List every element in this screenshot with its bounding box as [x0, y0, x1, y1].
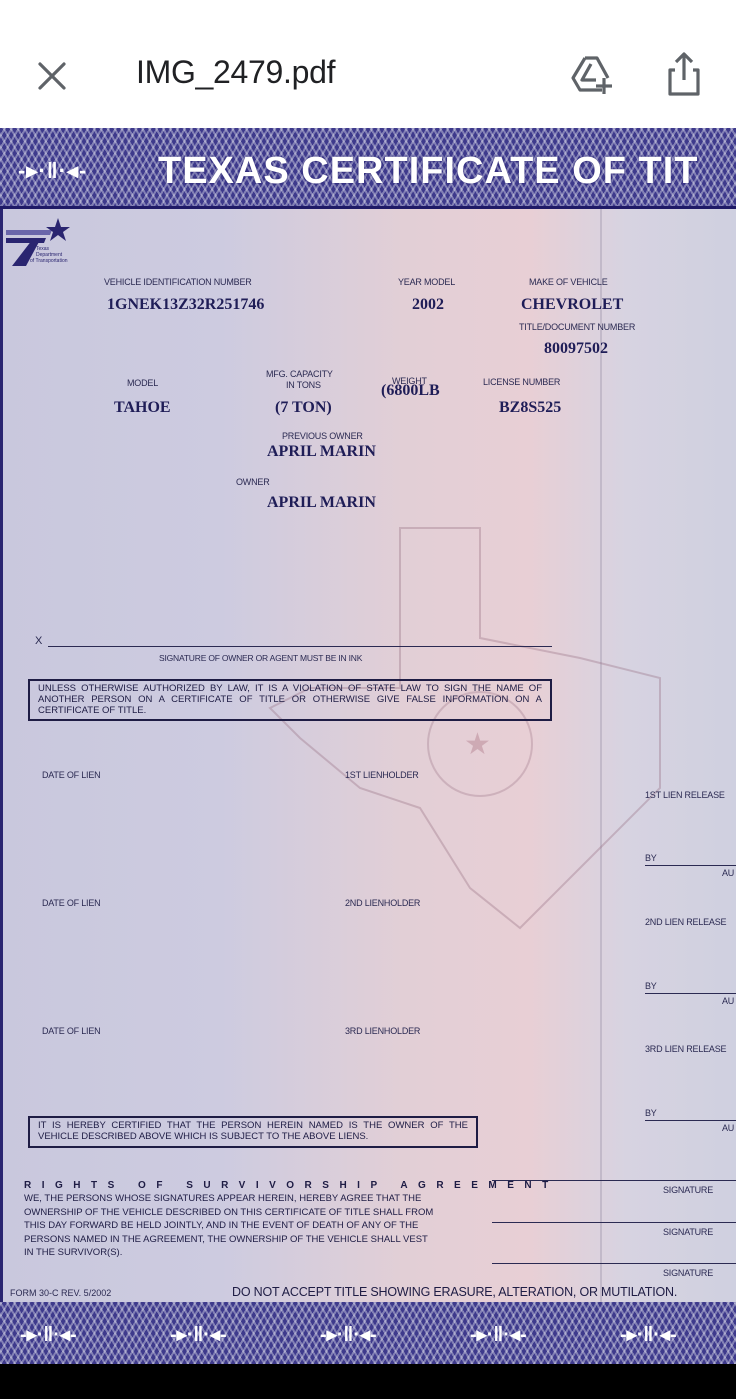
make-value: CHEVROLET — [521, 296, 623, 314]
certificate-title: TEXAS CERTIFICATE OF TIT — [158, 150, 699, 193]
texas-map-watermark-icon: ★ — [250, 508, 670, 948]
mfg-capacity-value: (7 TON) — [275, 399, 332, 417]
svg-text:★: ★ — [464, 727, 491, 762]
lien-3-release-label: 3RD LIEN RELEASE — [645, 1044, 726, 1054]
year-model-value: 2002 — [412, 296, 444, 314]
survivorship-title: RIGHTS OF SURVIVORSHIP AGREEMENT — [24, 1180, 559, 1191]
lien-1-by-label: BY — [645, 853, 657, 863]
survivorship-signature-label-2: SIGNATURE — [663, 1227, 713, 1237]
band-ornament: -▸·ǁ·◂- — [620, 1322, 677, 1347]
close-button[interactable] — [32, 56, 72, 96]
file-name: IMG_2479.pdf — [136, 54, 335, 91]
lien-2-holder-label: 2ND LIENHOLDER — [345, 898, 420, 908]
previous-owner-label: PREVIOUS OWNER — [282, 431, 363, 441]
band-ornament: -▸·ǁ·◂- — [18, 158, 87, 184]
survivorship-signature-label-3: SIGNATURE — [663, 1268, 713, 1278]
mfg-capacity-label-2: IN TONS — [286, 380, 321, 390]
year-model-label: YEAR MODEL — [398, 277, 455, 287]
svg-text:of Transportation: of Transportation — [30, 258, 68, 264]
band-ornament: -▸·ǁ·◂- — [470, 1322, 527, 1347]
share-icon — [660, 50, 708, 100]
survivorship-signature-line-1[interactable] — [492, 1180, 736, 1181]
title-number-label: TITLE/DOCUMENT NUMBER — [519, 322, 635, 332]
title-number-value: 80097502 — [544, 340, 608, 358]
lien-1-holder-label: 1ST LIENHOLDER — [345, 770, 419, 780]
lien-2-by-label: BY — [645, 981, 657, 991]
band-ornament: -▸·ǁ·◂- — [170, 1322, 227, 1347]
survivorship-body: WE, THE PERSONS WHOSE SIGNATURES APPEAR … — [24, 1192, 434, 1260]
left-border — [0, 209, 3, 1302]
survivorship-signature-line-3[interactable] — [492, 1263, 736, 1264]
share-button[interactable] — [660, 50, 708, 100]
license-value: BZ8S525 — [499, 399, 561, 417]
lien-3-release-signature-line[interactable] — [645, 1120, 736, 1121]
weight-value: (6800LB — [381, 382, 440, 400]
add-to-drive-button[interactable] — [568, 52, 616, 100]
footer-band: -▸·ǁ·◂- -▸·ǁ·◂- -▸·ǁ·◂- -▸·ǁ·◂- -▸·ǁ·◂- — [0, 1302, 736, 1364]
header-band: -▸·ǁ·◂- TEXAS CERTIFICATE OF TIT — [0, 128, 736, 208]
lien-3-holder-label: 3RD LIENHOLDER — [345, 1026, 420, 1036]
band-ornament: -▸·ǁ·◂- — [20, 1322, 77, 1347]
signature-caption: SIGNATURE OF OWNER OR AGENT MUST BE IN I… — [159, 653, 362, 663]
vin-label: VEHICLE IDENTIFICATION NUMBER — [104, 277, 252, 287]
owner-value: APRIL MARIN — [267, 494, 376, 512]
lien-1-release-signature-line[interactable] — [645, 865, 736, 866]
bottom-bar — [0, 1364, 736, 1399]
certification-box: IT IS HEREBY CERTIFIED THAT THE PERSON H… — [28, 1116, 478, 1148]
band-ornament: -▸·ǁ·◂- — [320, 1322, 377, 1347]
close-icon — [32, 56, 72, 96]
lien-1-release-label: 1ST LIEN RELEASE — [645, 790, 725, 800]
lien-2-release-label: 2ND LIEN RELEASE — [645, 917, 726, 927]
make-label: MAKE OF VEHICLE — [529, 277, 608, 287]
previous-owner-value: APRIL MARIN — [267, 443, 376, 461]
add-to-drive-icon — [568, 52, 616, 100]
lien-3-by-label: BY — [645, 1108, 657, 1118]
lien-2-release-signature-line[interactable] — [645, 993, 736, 994]
lien-2-date-label: DATE OF LIEN — [42, 898, 100, 908]
signature-x-mark: X — [35, 635, 42, 647]
form-number: FORM 30-C REV. 5/2002 — [10, 1288, 111, 1298]
vin-value: 1GNEK13Z32R251746 — [107, 296, 264, 314]
model-value: TAHOE — [114, 399, 171, 417]
lien-2-auth-label: AU — [722, 996, 734, 1006]
footer-warning: DO NOT ACCEPT TITLE SHOWING ERASURE, ALT… — [232, 1285, 677, 1299]
owner-label: OWNER — [236, 477, 270, 487]
survivorship-signature-label-1: SIGNATURE — [663, 1185, 713, 1195]
license-label: LICENSE NUMBER — [483, 377, 560, 387]
lien-1-date-label: DATE OF LIEN — [42, 770, 100, 780]
mfg-capacity-label: MFG. CAPACITY — [266, 369, 333, 379]
lien-1-auth-label: AU — [722, 868, 734, 878]
lien-3-date-label: DATE OF LIEN — [42, 1026, 100, 1036]
app-bar: IMG_2479.pdf — [0, 0, 736, 128]
lien-3-auth-label: AU — [722, 1123, 734, 1133]
owner-signature-line[interactable] — [48, 646, 552, 647]
warning-box: UNLESS OTHERWISE AUTHORIZED BY LAW, IT I… — [28, 679, 552, 721]
pdf-page[interactable]: -▸·ǁ·◂- TEXAS CERTIFICATE OF TIT ★ Texas… — [0, 128, 736, 1364]
txdot-logo: Texas Department of Transportation — [4, 216, 74, 268]
model-label: MODEL — [127, 378, 158, 388]
survivorship-signature-line-2[interactable] — [492, 1222, 736, 1223]
